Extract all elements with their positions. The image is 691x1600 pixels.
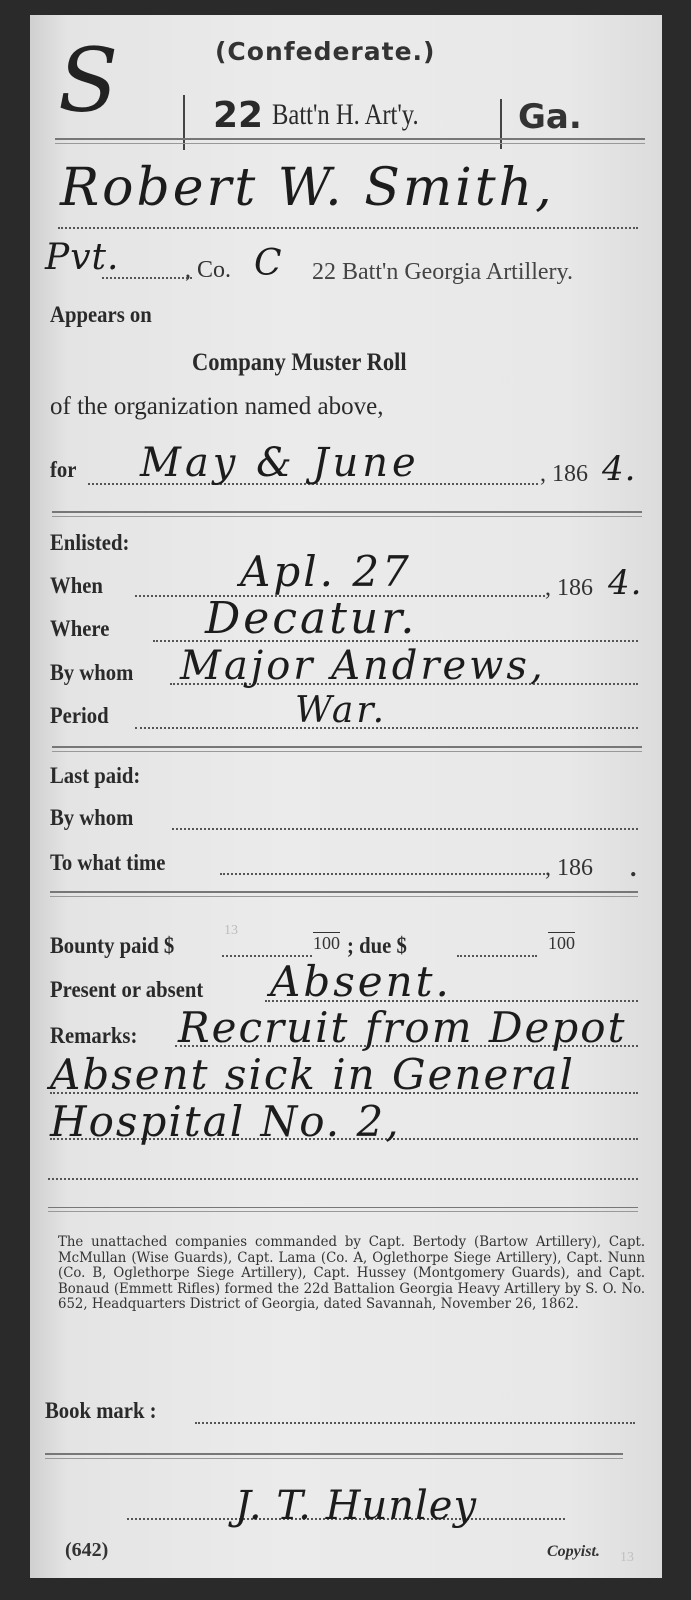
when-year-prefix: , 186 [545, 575, 593, 602]
for-label: for [50, 457, 76, 483]
muster-roll-card: S (Confederate.) 22 Batt'n H. Art'y. Ga.… [30, 15, 662, 1578]
header-rule [55, 138, 645, 144]
company-prefix: , Co. [185, 257, 231, 284]
stamp-mark-faint: 13 [224, 923, 238, 939]
bottom-rule [45, 1453, 623, 1459]
to-what-time-label: To what time [50, 850, 165, 876]
name-line [58, 227, 638, 229]
unit-label: Batt'n H. Art'y. [272, 98, 419, 132]
to-what-time-line [220, 873, 545, 875]
rank-line [102, 277, 192, 279]
last-paid-rule [52, 746, 642, 752]
roll-year-suffix: 4. [602, 449, 636, 489]
bounty-paid-cents: 100 [313, 933, 340, 954]
bounty-paid-label: Bounty paid $ [50, 933, 174, 959]
unit-number: 22 [213, 95, 263, 136]
period-label: Period [50, 703, 109, 729]
stamp-mark: 13 [620, 1550, 634, 1566]
when-label: When [50, 573, 103, 599]
section-letter: S [58, 37, 119, 125]
to-what-time-dot: . [630, 853, 637, 883]
present-absent-value: Absent. [270, 957, 452, 1006]
remarks-line-4 [48, 1178, 638, 1180]
company-value: C [254, 243, 283, 284]
by-whom-value: Major Andrews, [180, 643, 546, 689]
remarks-line-3-text: Hospital No. 2, [50, 1097, 401, 1146]
confederate-label: (Confederate.) [215, 37, 435, 66]
remarks-line-2-text: Absent sick in General [50, 1050, 575, 1099]
enlisted-heading: Enlisted: [50, 530, 129, 556]
present-absent-label: Present or absent [50, 977, 203, 1003]
copyist-label: Copyist. [547, 1543, 600, 1561]
organization-text: of the organization named above, [50, 393, 383, 421]
book-mark-line [195, 1422, 635, 1424]
by-whom-label: By whom [50, 660, 133, 686]
form-number: (642) [65, 1539, 108, 1562]
roll-type: Company Muster Roll [192, 349, 407, 377]
period-value: War. [295, 690, 387, 731]
to-what-time-year: , 186 [545, 855, 593, 882]
last-paid-by-whom-label: By whom [50, 805, 133, 831]
bounty-due-cents: 100 [548, 933, 575, 954]
footnote-text: The unattached companies commanded by Ca… [58, 1235, 645, 1313]
soldier-name: Robert W. Smith, [60, 158, 555, 218]
bounty-rule [50, 891, 638, 897]
book-mark-label: Book mark : [45, 1398, 157, 1424]
roll-period-value: May & June [140, 440, 420, 486]
rank-value: Pvt. [45, 237, 119, 278]
bounty-due-label: ; due $ [347, 933, 407, 959]
when-value: Apl. 27 [240, 547, 412, 596]
state-label: Ga. [518, 97, 582, 137]
enlisted-rule [52, 511, 642, 517]
where-label: Where [50, 616, 109, 642]
when-year-suffix: 4. [608, 563, 642, 603]
copyist-signature: J. T. Hunley [235, 1483, 477, 1529]
regiment-label: 22 Batt'n Georgia Artillery. [312, 259, 573, 286]
last-paid-by-whom-line [172, 828, 638, 830]
remarks-line-1-text: Recruit from Depot [178, 1003, 626, 1052]
where-value: Decatur. [205, 593, 417, 644]
last-paid-heading: Last paid: [50, 763, 140, 789]
appears-on-label: Appears on [50, 302, 152, 328]
remarks-label: Remarks: [50, 1023, 137, 1049]
footnote-rule [48, 1207, 638, 1212]
bounty-due-line [457, 955, 537, 957]
roll-year-prefix: , 186 [540, 461, 588, 488]
